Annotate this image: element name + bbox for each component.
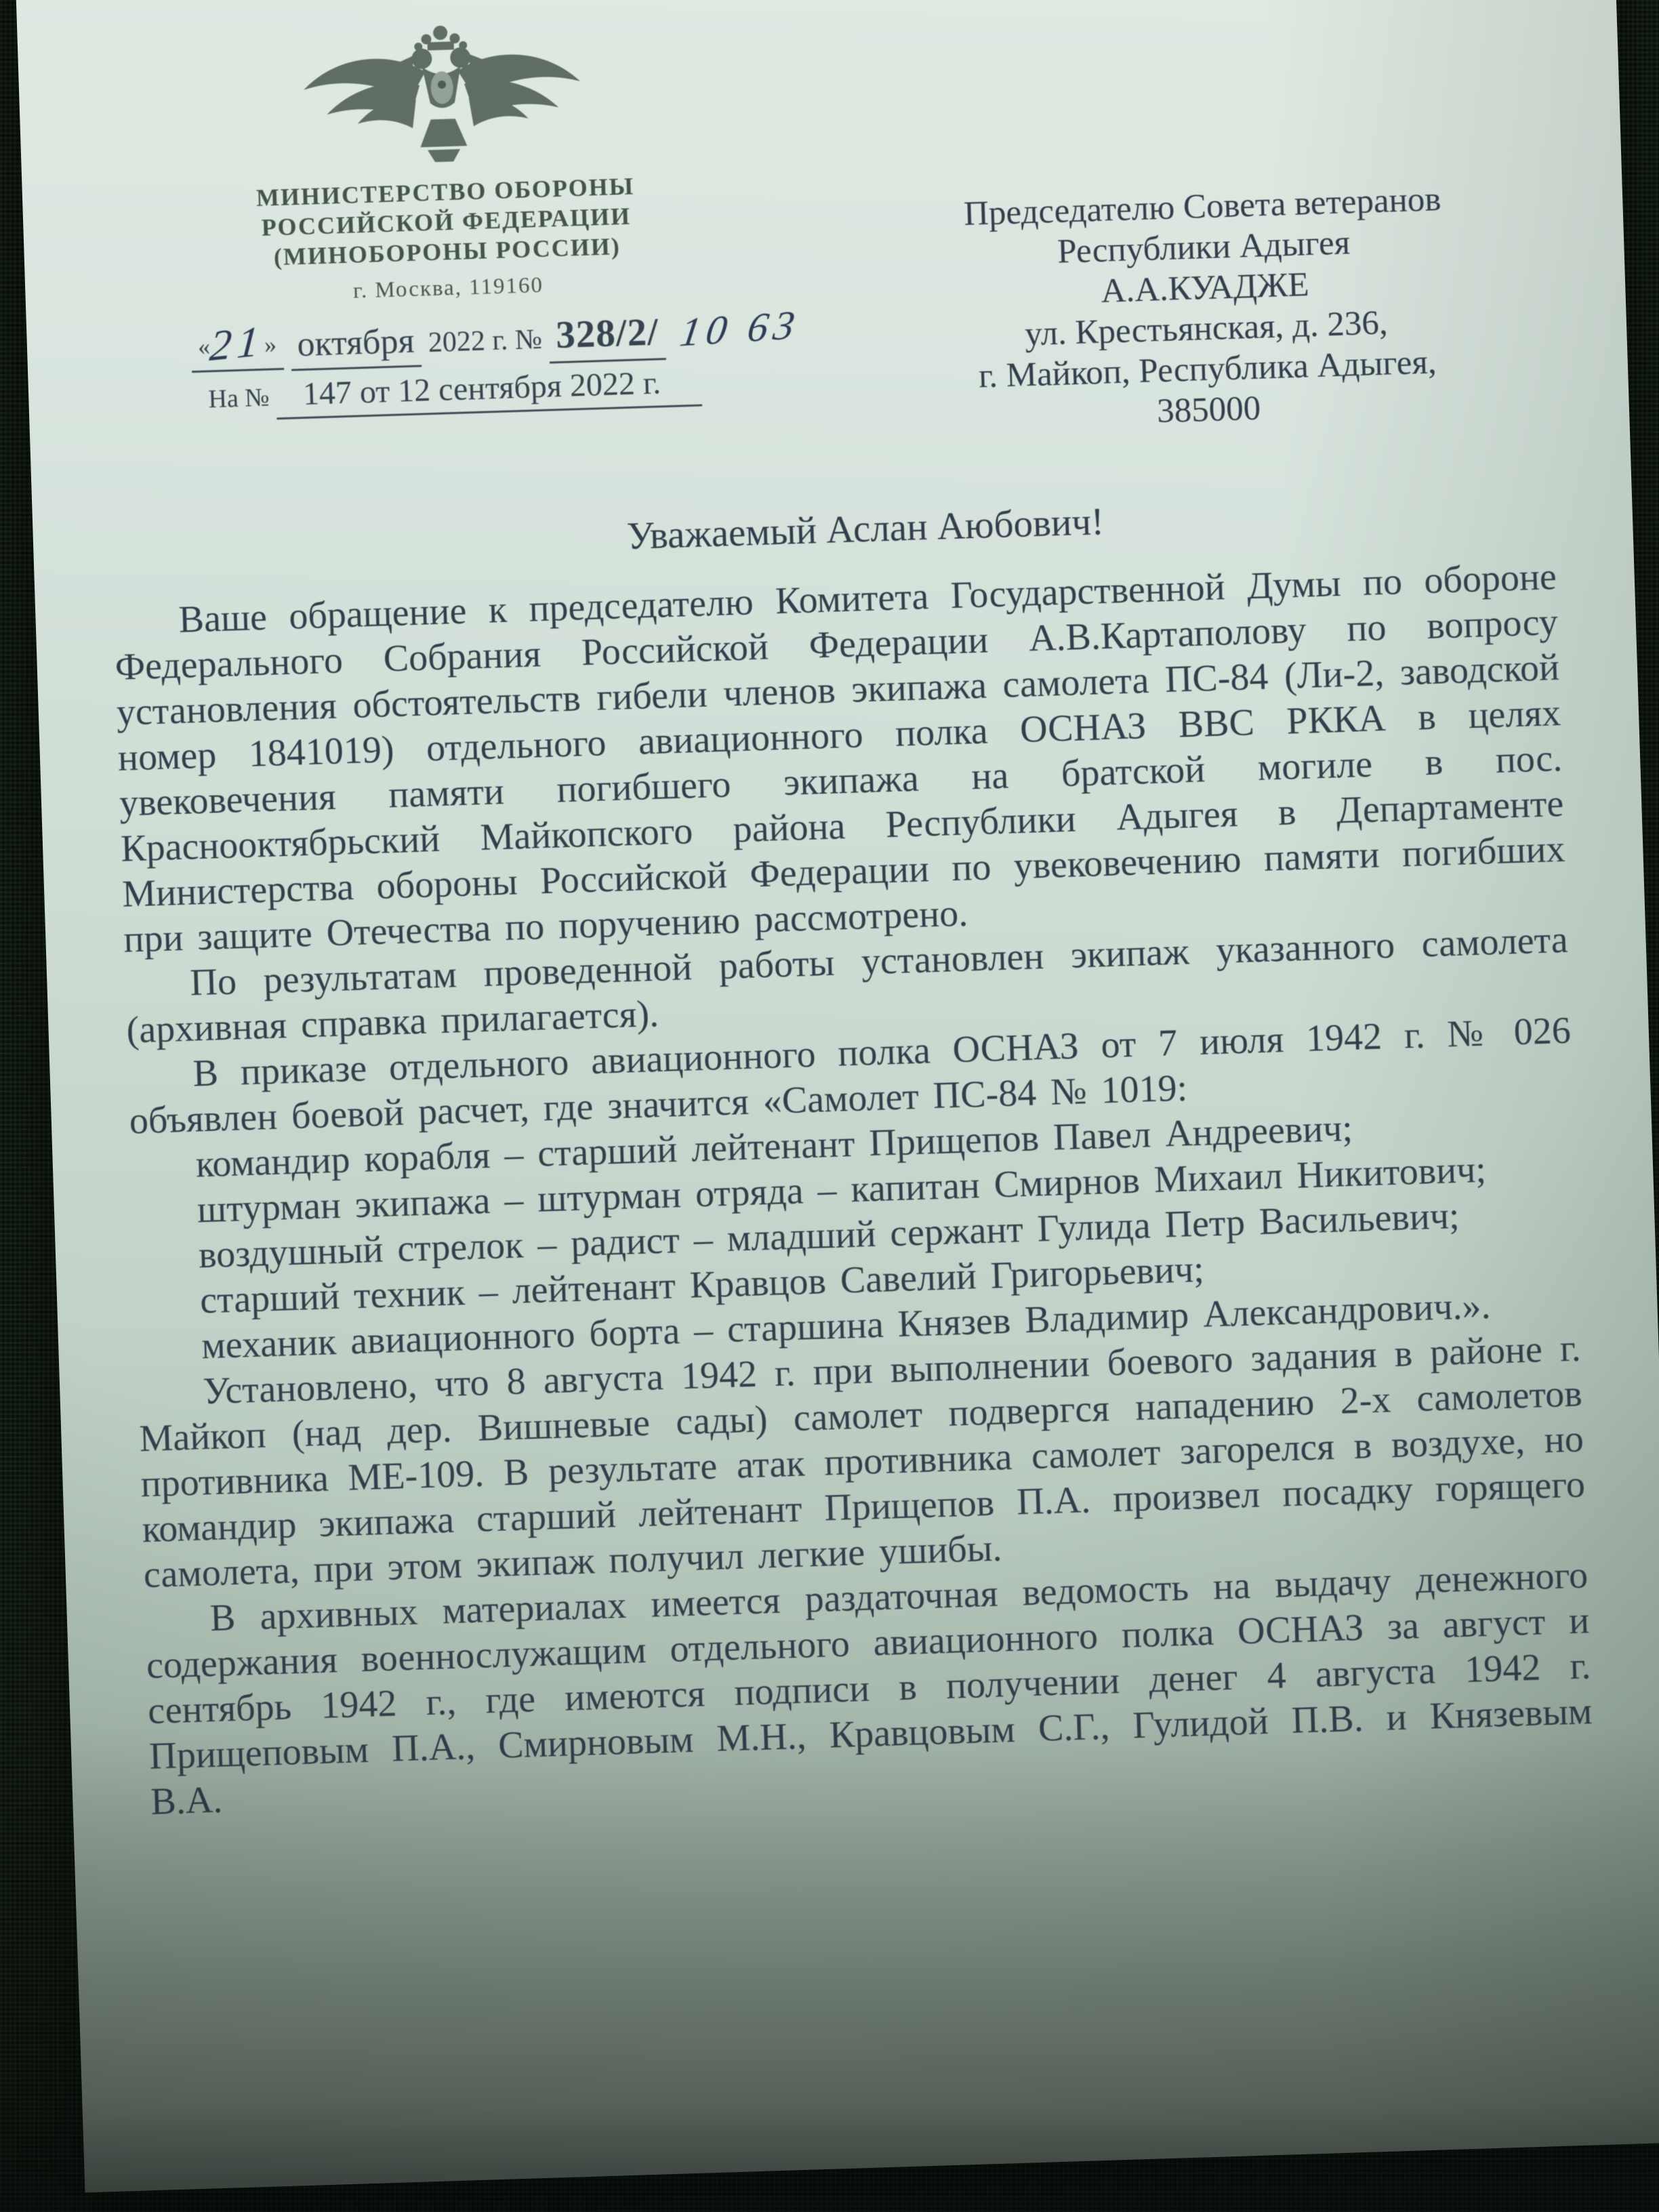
handwritten-day: 21 [210, 341, 265, 346]
letter-body: Ваше обращение к председателю Комитета Г… [113, 554, 1595, 1825]
outgoing-number-handwritten: 10 63 [680, 325, 800, 333]
reference-label: На № [208, 384, 270, 414]
body-paragraph: Ваше обращение к председателю Комитета Г… [113, 554, 1568, 963]
salutation: Уважаемый Аслан Аюбович! [458, 494, 1272, 564]
day-field: «21» [190, 330, 284, 373]
outgoing-number-printed: 328/2/ [548, 310, 666, 363]
letter-content: МИНИСТЕРСТВО ОБОРОНЫ РОССИЙСКОЙ ФЕДЕРАЦИ… [15, 0, 1659, 2192]
double-headed-eagle-emblem-icon [284, 16, 600, 178]
year-and-number-label: 2022 г. № [428, 324, 542, 359]
letter-paper: МИНИСТЕРСТВО ОБОРОНЫ РОССИЙСКОЙ ФЕДЕРАЦИ… [15, 0, 1659, 2192]
body-paragraph: Установлено, что 8 августа 1942 г. при в… [137, 1326, 1586, 1598]
close-quote: » [264, 331, 276, 359]
photo-of-letter: МИНИСТЕРСТВО ОБОРОНЫ РОССИЙСКОЙ ФЕДЕРАЦИ… [0, 0, 1659, 2212]
ministry-letterhead: МИНИСТЕРСТВО ОБОРОНЫ РОССИЙСКОЙ ФЕДЕРАЦИ… [94, 9, 794, 312]
month-field: октября [290, 321, 422, 371]
date-and-number-line: «21» октября 2022 г. № 328/2/ 10 63 [190, 306, 800, 375]
reference-value: 147 от 12 сентября 2022 г. [275, 363, 702, 420]
addressee-block: Председателю Совета ветеранов Республики… [843, 176, 1569, 442]
body-paragraph: В архивных материалах имеется раздаточна… [144, 1553, 1594, 1825]
